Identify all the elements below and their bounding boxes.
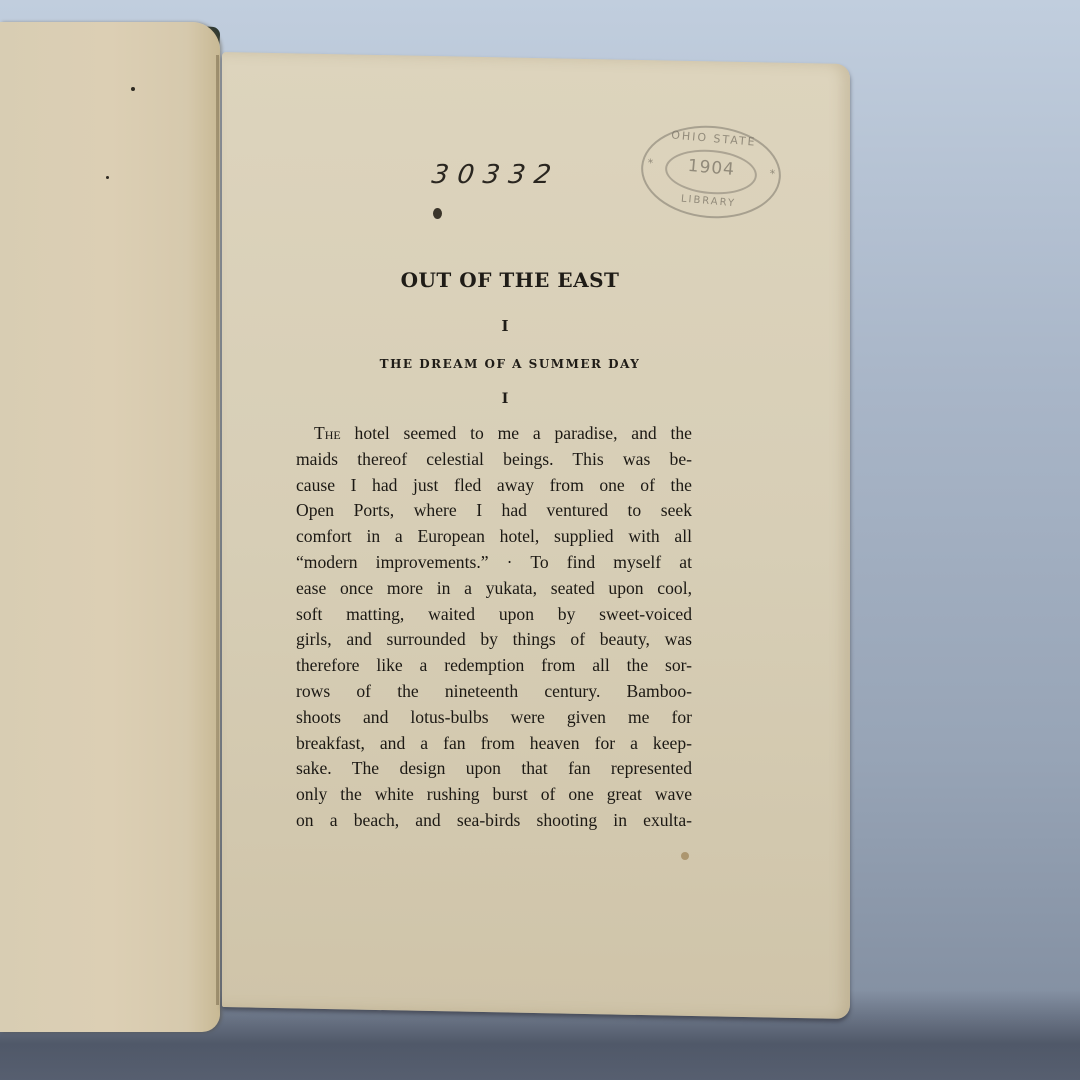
section-number: I [335,391,675,407]
chapter-number: I [335,317,675,335]
text-line: ease once more in a yukata, seated upon … [296,576,692,602]
handwritten-accession-number: 30332 [430,160,562,190]
stamp-star-icon: * [769,167,776,180]
text-line: Open Ports, where I had ventured to seek [296,498,692,524]
chapter-title: THE DREAM OF A SUMMER DAY [340,357,680,371]
foxing-stain [681,852,689,860]
ink-spot [433,208,442,219]
text-line: cause I had just fled away from one of t… [296,473,692,499]
text-line: only the white rushing burst of one grea… [296,782,692,808]
text-line: “modern improvements.” · To find myself … [296,550,692,576]
text-line: The hotel seemed to me a paradise, and t… [296,421,692,447]
book-title: OUT OF THE EAST [340,268,680,292]
body-text: The hotel seemed to me a paradise, and t… [296,421,692,834]
text-line: rows of the nineteenth century. Bamboo- [296,679,692,705]
text-line: on a beach, and sea-birds shooting in ex… [296,808,692,834]
book-gutter [216,55,219,1005]
text-line: shoots and lotus-bulbs were given me for [296,705,692,731]
foxing-spot [106,176,109,179]
text-line: maids thereof celestial beings. This was… [296,447,692,473]
foxing-spot [131,87,135,91]
text-line: therefore like a redemption from all the… [296,653,692,679]
text-line: comfort in a European hotel, supplied wi… [296,524,692,550]
drop-word: The [314,423,341,443]
left-page [0,22,220,1032]
text-line: breakfast, and a fan from heaven for a k… [296,731,692,757]
text-line: girls, and surrounded by things of beaut… [296,627,692,653]
text-line: soft matting, waited upon by sweet-voice… [296,602,692,628]
text-line: sake. The design upon that fan represent… [296,756,692,782]
